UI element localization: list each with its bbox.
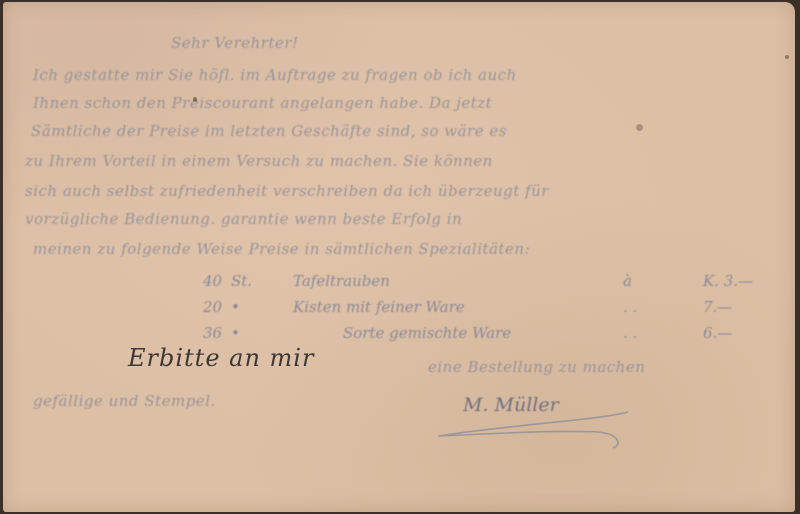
paper-speck (636, 124, 643, 131)
item-quantity: 36 (203, 324, 222, 342)
price-list: 40 St. Tafeltrauben à K. 3.— 20 • Kisten… (203, 272, 763, 350)
item-leader: à (623, 272, 632, 290)
body-line-3: Sämtliche der Preise im letzten Geschäft… (31, 122, 507, 140)
item-unit: St. (231, 272, 252, 290)
left-note: gefällige und Stempel. (33, 392, 216, 410)
body-line-6: vorzügliche Bedienung. garantie wenn bes… (25, 210, 462, 228)
body-line-2: Ihnen schon den Preiscourant angelangen … (33, 94, 492, 112)
price-list-row: 40 St. Tafeltrauben à K. 3.— (203, 272, 763, 298)
item-price: K. 3.— (703, 272, 753, 290)
item-price: 6.— (703, 324, 732, 342)
item-description: Tafeltrauben (293, 272, 390, 290)
item-description: Kisten mit feiner Ware (293, 298, 465, 316)
price-list-row: 20 • Kisten mit feiner Ware . . 7.— (203, 298, 763, 324)
ink-note: Erbitte an mir (128, 344, 314, 372)
item-unit: • (231, 298, 240, 316)
body-line-1: Ich gestatte mir Sie höfl. im Auftrage z… (33, 66, 517, 84)
signature-flourish-icon (428, 400, 648, 450)
salutation: Sehr Verehrter! (171, 34, 299, 52)
item-description: Sorte gemischte Ware (343, 324, 511, 342)
item-quantity: 20 (203, 298, 222, 316)
body-line-5: sich auch selbst zufriedenheit verschrei… (25, 182, 549, 200)
paper-speck (193, 97, 197, 102)
body-line-4: zu Ihrem Vorteil in einem Versuch zu mac… (25, 152, 493, 170)
item-leader: . . (623, 324, 637, 342)
item-quantity: 40 (203, 272, 222, 290)
body-line-7: meinen zu folgende Weise Preise in sämtl… (33, 240, 530, 258)
postcard: Sehr Verehrter! Ich gestatte mir Sie höf… (3, 2, 795, 512)
item-unit: • (231, 324, 240, 342)
item-price: 7.— (703, 298, 732, 316)
closing-line: eine Bestellung zu machen (428, 358, 645, 376)
paper-speck (785, 55, 789, 59)
item-leader: . . (623, 298, 637, 316)
